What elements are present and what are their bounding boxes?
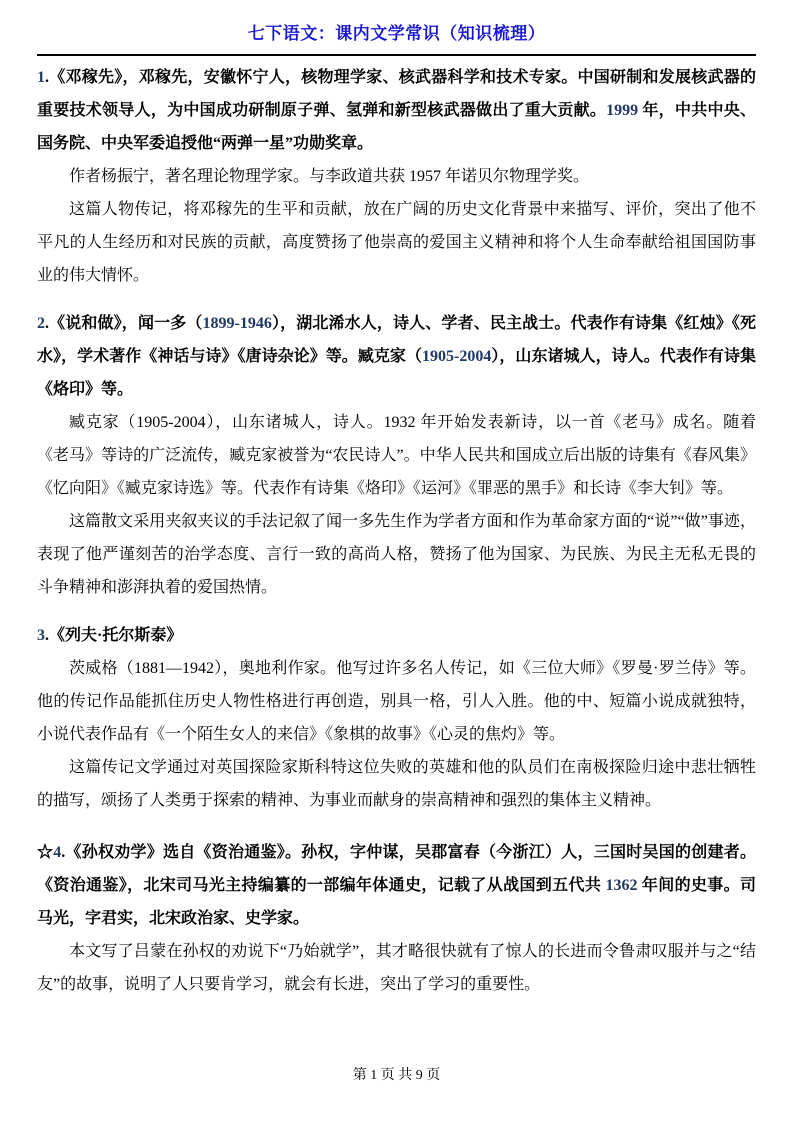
section-1-heading: 1.《邓稼先》，邓稼先，安徽怀宁人，核物理学家、核武器科学和技术专家。中国研制和… (37, 61, 756, 160)
section-3: 3.《列夫·托尔斯泰》 茨威格（1881—1942），奥地利作家。他写过许多名人… (37, 619, 756, 817)
section-1-summary: 这篇人物传记，将邓稼先的生平和贡献，放在广阔的历史文化背景中来描写、评价，突出了… (37, 193, 756, 292)
document-title: 七下语文：课内文学常识（知识梳理） (37, 22, 756, 46)
page-footer: 第 1 页 共 9 页 (0, 1066, 793, 1086)
section-3-author-note: 茨威格（1881—1942），奥地利作家。他写过许多名人传记，如《三位大师》《罗… (37, 652, 756, 751)
section-3-summary: 这篇传记文学通过对英国探险家斯科特这位失败的英雄和他的队员们在南极探险归途中悲壮… (37, 751, 756, 817)
section-4: ☆4.《孙权劝学》选自《资治通鉴》。孙权，字仲谋，吴郡富春（今浙江）人，三国时吴… (37, 836, 756, 1001)
title-divider (37, 54, 756, 56)
section-2-heading: 2.《说和做》，闻一多（1899-1946），湖北浠水人，诗人、学者、民主战士。… (37, 307, 756, 406)
document-page: 七下语文：课内文学常识（知识梳理） 1.《邓稼先》，邓稼先，安徽怀宁人，核物理学… (0, 0, 793, 1122)
section-1: 1.《邓稼先》，邓稼先，安徽怀宁人，核物理学家、核武器科学和技术专家。中国研制和… (37, 61, 756, 292)
section-2-summary: 这篇散文采用夹叙夹议的手法记叙了闻一多先生作为学者方面和作为革命家方面的“说”“… (37, 505, 756, 604)
page-number-label: 第 1 页 共 9 页 (353, 1068, 441, 1083)
section-3-heading: 3.《列夫·托尔斯泰》 (37, 619, 756, 652)
section-4-heading: ☆4.《孙权劝学》选自《资治通鉴》。孙权，字仲谋，吴郡富春（今浙江）人，三国时吴… (37, 836, 756, 935)
section-2: 2.《说和做》，闻一多（1899-1946），湖北浠水人，诗人、学者、民主战士。… (37, 307, 756, 604)
section-1-author-note: 作者杨振宁，著名理论物理学家。与李政道共获 1957 年诺贝尔物理学奖。 (37, 160, 756, 193)
section-4-summary: 本文写了吕蒙在孙权的劝说下“乃始就学”，其才略很快就有了惊人的长进而令鲁肃叹服并… (37, 935, 756, 1001)
section-2-author-note: 臧克家（1905-2004），山东诸城人，诗人。1932 年开始发表新诗，以一首… (37, 406, 756, 505)
